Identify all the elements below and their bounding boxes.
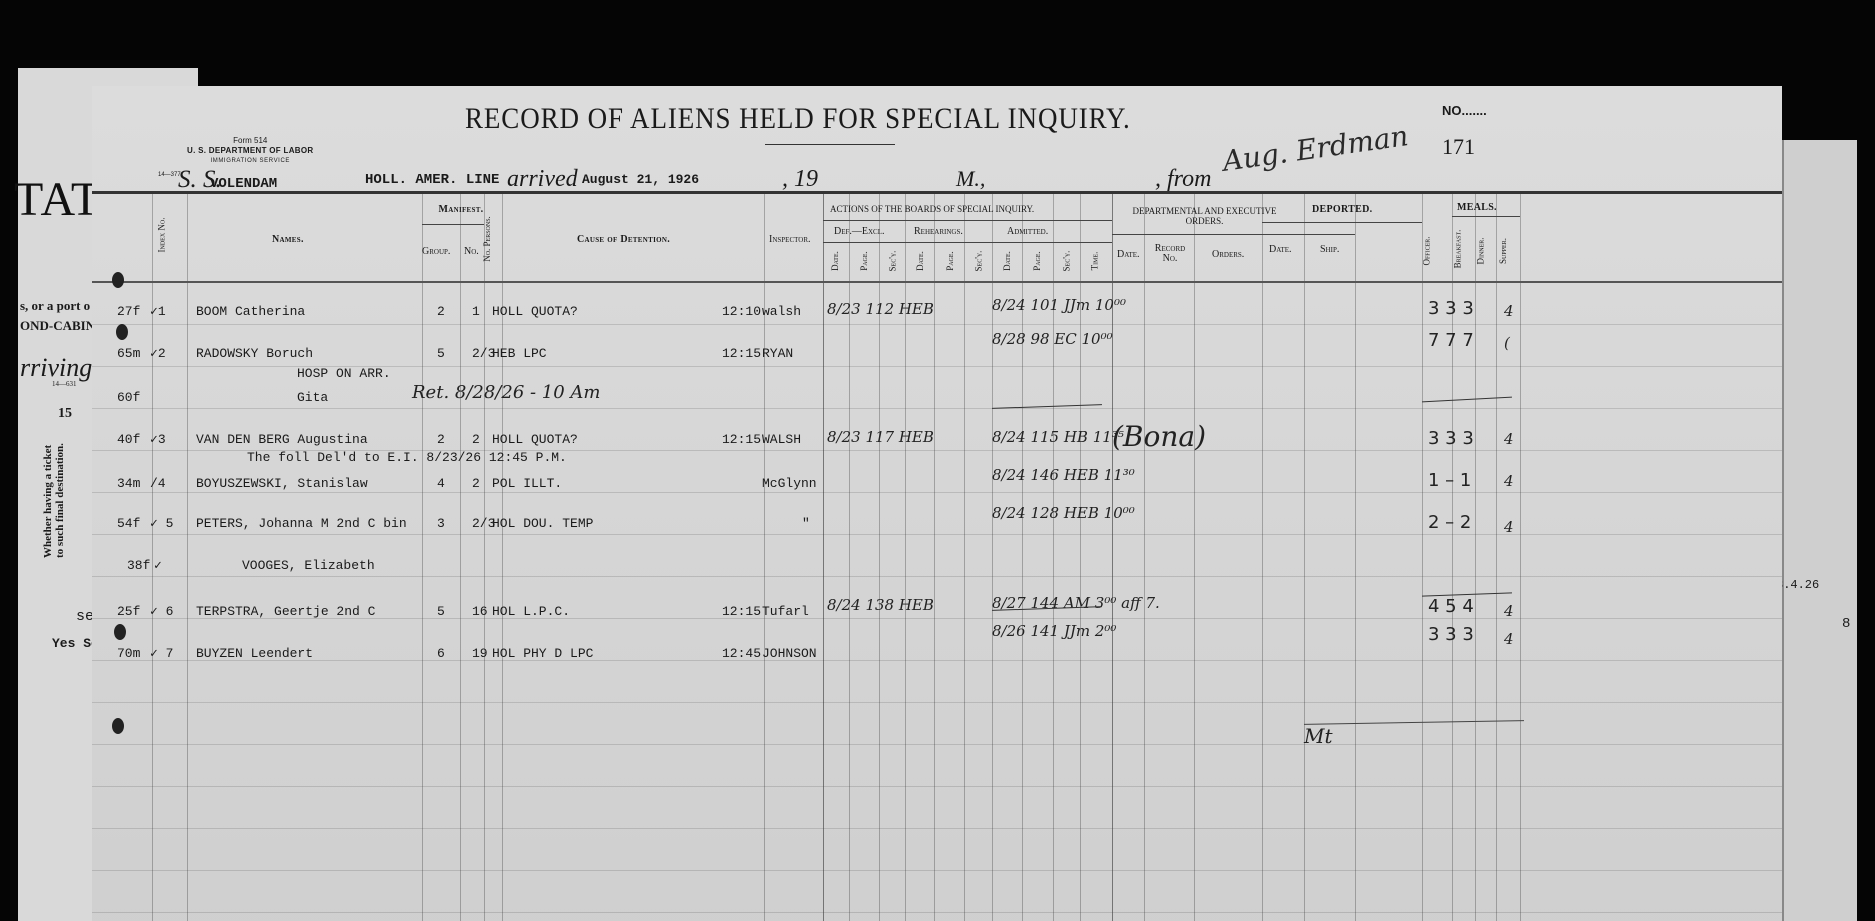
manifest-no: 1	[472, 304, 480, 319]
alien-name: Gita	[297, 390, 328, 405]
binder-hole	[112, 718, 124, 734]
header-officer: Officer.	[1422, 236, 1432, 265]
header-dept-date: Date.	[1117, 249, 1140, 260]
meal-mark: 4	[1504, 602, 1514, 620]
from-label: , from	[1155, 166, 1211, 193]
age-sex: 38f	[127, 558, 150, 573]
header-bottom-rule	[92, 281, 1782, 283]
alien-name: TERPSTRA, Geertje 2nd C	[196, 604, 375, 619]
remark: The foll Del'd to E.I. 8/23/26 12:45 P.M…	[247, 450, 567, 465]
admitted-entry: 8/26 141 JJm 2⁰⁰	[992, 622, 1116, 640]
manifest-no: 19	[472, 646, 488, 661]
form-identifier: Form 514 U. S. DEPARTMENT OF LABOR IMMIG…	[187, 136, 313, 166]
alien-name: VAN DEN BERG Augustina	[196, 432, 368, 447]
header-breakfast: Breakfast.	[1452, 230, 1462, 269]
meals-count: 2 – 2	[1428, 512, 1471, 533]
handwritten-note: (Bona)	[1112, 420, 1206, 453]
header-meals: MEALS.	[1457, 202, 1497, 213]
cause-of-detention: HEB LPC	[492, 346, 547, 361]
header-admitted: Admitted.	[1007, 226, 1048, 237]
header-group: Group.	[422, 246, 450, 257]
header-cause: Cause of Detention.	[577, 234, 670, 245]
right-underlying-sheet: 3.4.26 8	[1782, 140, 1857, 921]
header-adm-date: Date.	[1002, 251, 1012, 271]
binder-hole	[116, 324, 128, 340]
admitted-entry: 8/24 101 JJm 10⁰⁰	[992, 296, 1126, 314]
header-manifest: Manifest.	[427, 204, 495, 215]
meal-mark: 4	[1504, 472, 1514, 490]
meal-mark: 4	[1504, 302, 1514, 320]
binder-hole	[112, 272, 124, 288]
margin-digit: 8	[1842, 616, 1850, 632]
meals-count: 7 7 7	[1428, 330, 1474, 351]
time: 12:15	[722, 604, 761, 619]
def-excl-entry: 8/24 138 HEB	[827, 596, 934, 614]
underlying-big-text: TAT	[14, 172, 101, 227]
age-sex: 34m	[117, 476, 140, 491]
from-handwritten: Aug. Erdman	[1221, 119, 1411, 178]
header-inspector: Inspector.	[769, 234, 811, 245]
header-names: Names.	[272, 234, 304, 245]
ship-name: VOLENDAM	[210, 176, 277, 192]
def-excl-entry: 8/23 117 HEB	[827, 428, 934, 446]
arrival-date: August 21, 1926	[582, 172, 699, 187]
manifest-group: 5	[437, 604, 445, 619]
inspector: JOHNSON	[762, 646, 817, 661]
meals-count: 3 3 3	[1428, 298, 1474, 319]
manifest-group: 6	[437, 646, 445, 661]
meal-mark: (	[1504, 334, 1510, 352]
manifest-group: 2	[437, 304, 445, 319]
alien-name: VOOGES, Elizabeth	[242, 558, 375, 573]
header-index-no: Index No.	[157, 218, 167, 253]
page-number: 171	[1442, 134, 1475, 160]
meal-mark: 4	[1504, 518, 1514, 536]
cause-of-detention: HOLL QUOTA?	[492, 304, 578, 319]
index-no: ✓ 5	[150, 516, 173, 531]
header-manifest-no: No.	[464, 246, 479, 257]
header-def-secy: Sec'y.	[887, 251, 897, 272]
cause-of-detention: HOL PHY D LPC	[492, 646, 593, 661]
margin-stamp: 3.4.26	[1776, 578, 1819, 592]
age-sex: 54f	[117, 516, 140, 531]
table-row: 54f ✓ 5 PETERS, Johanna M 2nd C bin 3 2/…	[92, 516, 1782, 544]
header-dinner: Dinner.	[1476, 237, 1486, 264]
alien-name: BOOM Catherina	[196, 304, 305, 319]
meal-mark: 4	[1504, 630, 1514, 648]
admitted-entry: 8/24 115 HB 11³⁵	[992, 428, 1124, 446]
manifest-no: 16	[472, 604, 488, 619]
header-boards: ACTIONS OF THE BOARDS OF SPECIAL INQUIRY…	[830, 204, 1034, 214]
inspector: McGlynn	[762, 476, 817, 491]
shipping-line: HOLL. AMER. LINE	[365, 172, 499, 188]
header-no-persons: No. Persons.	[482, 216, 492, 262]
binder-hole	[114, 624, 126, 640]
index-no: ✓	[154, 558, 162, 573]
signature: Mt	[1304, 724, 1333, 748]
service-name: IMMIGRATION SERVICE	[187, 156, 313, 166]
header-supper: Supper.	[1498, 238, 1508, 264]
arrived-label: arrived	[507, 166, 578, 193]
time: 12:15	[722, 432, 761, 447]
index-no: ✓2	[150, 346, 166, 361]
header-departmental: DEPARTMENTAL AND EXECUTIVE ORDERS.	[1122, 206, 1287, 226]
underlying-text-line: OND-CABIN I	[20, 318, 103, 334]
inspector: "	[802, 516, 810, 531]
header-reh-date: Date.	[915, 251, 925, 271]
cause-of-detention: HOL L.P.C.	[492, 604, 570, 619]
record-sheet: Form 514 U. S. DEPARTMENT OF LABOR IMMIG…	[92, 86, 1782, 921]
header-record-no: Record No.	[1150, 244, 1190, 264]
header-deported: DEPORTED.	[1312, 204, 1372, 215]
admitted-entry: 8/24 128 HEB 10⁰⁰	[992, 504, 1135, 522]
age-sex: 40f	[117, 432, 140, 447]
manifest-no: 2	[472, 432, 480, 447]
underlying-vertical-label: Whether having a ticket to such final de…	[42, 438, 66, 558]
header-ship: Ship.	[1320, 244, 1339, 255]
index-no: ✓ 7	[150, 646, 173, 661]
meal-mark: 4	[1504, 430, 1514, 448]
department-name: U. S. DEPARTMENT OF LABOR	[187, 146, 313, 156]
header-adm-page: Page.	[1032, 251, 1042, 271]
alien-name: RADOWSKY Boruch	[196, 346, 313, 361]
handwritten-remark: Ret. 8/28/26 - 10 Am	[412, 382, 601, 403]
time: 12:10	[722, 304, 761, 319]
meals-count: 4 5 4	[1428, 596, 1474, 617]
index-no: /4	[150, 476, 166, 491]
manifest-group: 2	[437, 432, 445, 447]
form-number: Form 514	[187, 136, 313, 146]
age-sex: 25f	[117, 604, 140, 619]
manifest-group: 5	[437, 346, 445, 361]
index-no: ✓ 6	[150, 604, 173, 619]
header-reh-page: Page.	[945, 251, 955, 271]
header-deported-date: Date.	[1269, 244, 1292, 255]
inspector: walsh	[762, 304, 801, 319]
meridiem-label: M.,	[956, 166, 985, 192]
inspector: Tufarl	[762, 604, 809, 619]
age-sex: 27f	[117, 304, 140, 319]
admitted-entry: 8/28 98 EC 10⁰⁰	[992, 330, 1113, 348]
table-row: 25f ✓ 6 TERPSTRA, Geertje 2nd C 5 16 HOL…	[92, 604, 1782, 632]
inspector: RYAN	[762, 346, 793, 361]
admitted-entry: 8/24 146 HEB 11³⁰	[992, 466, 1135, 484]
table-row: 34m /4 BOYUSZEWSKI, Stanislaw 4 2 POL IL…	[92, 476, 1782, 504]
time: 12:45	[722, 646, 761, 661]
age-sex: 60f	[117, 390, 140, 405]
title-underline	[765, 144, 895, 145]
alien-name: BUYZEN Leendert	[196, 646, 313, 661]
index-no: ✓1	[150, 304, 166, 319]
alien-name: PETERS, Johanna M 2nd C bin	[196, 516, 407, 531]
record-no-label: NO.......	[1442, 103, 1487, 118]
header-adm-secy: Sec'y.	[1061, 251, 1071, 272]
time: 12:15	[722, 346, 761, 361]
alien-name: BOYUSZEWSKI, Stanislaw	[196, 476, 368, 491]
table-row: 60f Gita Ret. 8/28/26 - 10 Am	[92, 390, 1782, 418]
remark: HOSP ON ARR.	[297, 366, 391, 381]
underlying-text-line: s, or a port o	[20, 298, 90, 314]
table-row: The foll Del'd to E.I. 8/23/26 12:45 P.M…	[92, 450, 1782, 478]
manifest-no: 2	[472, 476, 480, 491]
age-sex: 65m	[117, 346, 140, 361]
meals-count: 1 – 1	[1428, 470, 1471, 491]
manifest-group: 3	[437, 516, 445, 531]
page-title: RECORD OF ALIENS HELD FOR SPECIAL INQUIR…	[465, 102, 1131, 136]
cause-of-detention: HOL DOU. TEMP	[492, 516, 593, 531]
table-row: 38f ✓ VOOGES, Elizabeth	[92, 558, 1782, 586]
header-def-date: Date.	[830, 251, 840, 271]
inspector: WALSH	[762, 432, 801, 447]
pen-stroke	[1304, 720, 1524, 725]
def-excl-entry: 8/23 112 HEB	[827, 300, 934, 318]
header-def-excl: Def.—Excl.	[834, 226, 885, 237]
year-label: , 19	[782, 166, 818, 193]
underlying-column-number: 15	[58, 406, 72, 422]
header-adm-time: Time.	[1089, 252, 1099, 271]
meals-count: 3 3 3	[1428, 428, 1474, 449]
manifest-group: 4	[437, 476, 445, 491]
cause-of-detention: HOLL QUOTA?	[492, 432, 578, 447]
record-table: Index No. Names. Manifest. Group. No. No…	[92, 194, 1782, 921]
table-row: 70m ✓ 7 BUYZEN Leendert 6 19 HOL PHY D L…	[92, 646, 1782, 674]
header-orders: Orders.	[1212, 249, 1244, 260]
header-def-page: Page.	[859, 251, 869, 271]
header-rehearings: Rehearings.	[914, 226, 963, 237]
meals-count: 3 3 3	[1428, 624, 1474, 645]
cause-of-detention: POL ILLT.	[492, 476, 562, 491]
index-no: ✓3	[150, 432, 166, 447]
underlying-form-code: 14—631	[52, 380, 77, 388]
age-sex: 70m	[117, 646, 140, 661]
table-row: 27f ✓1 BOOM Catherina 2 1 HOLL QUOTA? 12…	[92, 304, 1782, 332]
header-reh-secy: Sec'y.	[973, 251, 983, 272]
underlying-arriving-text: rriving	[20, 353, 92, 383]
